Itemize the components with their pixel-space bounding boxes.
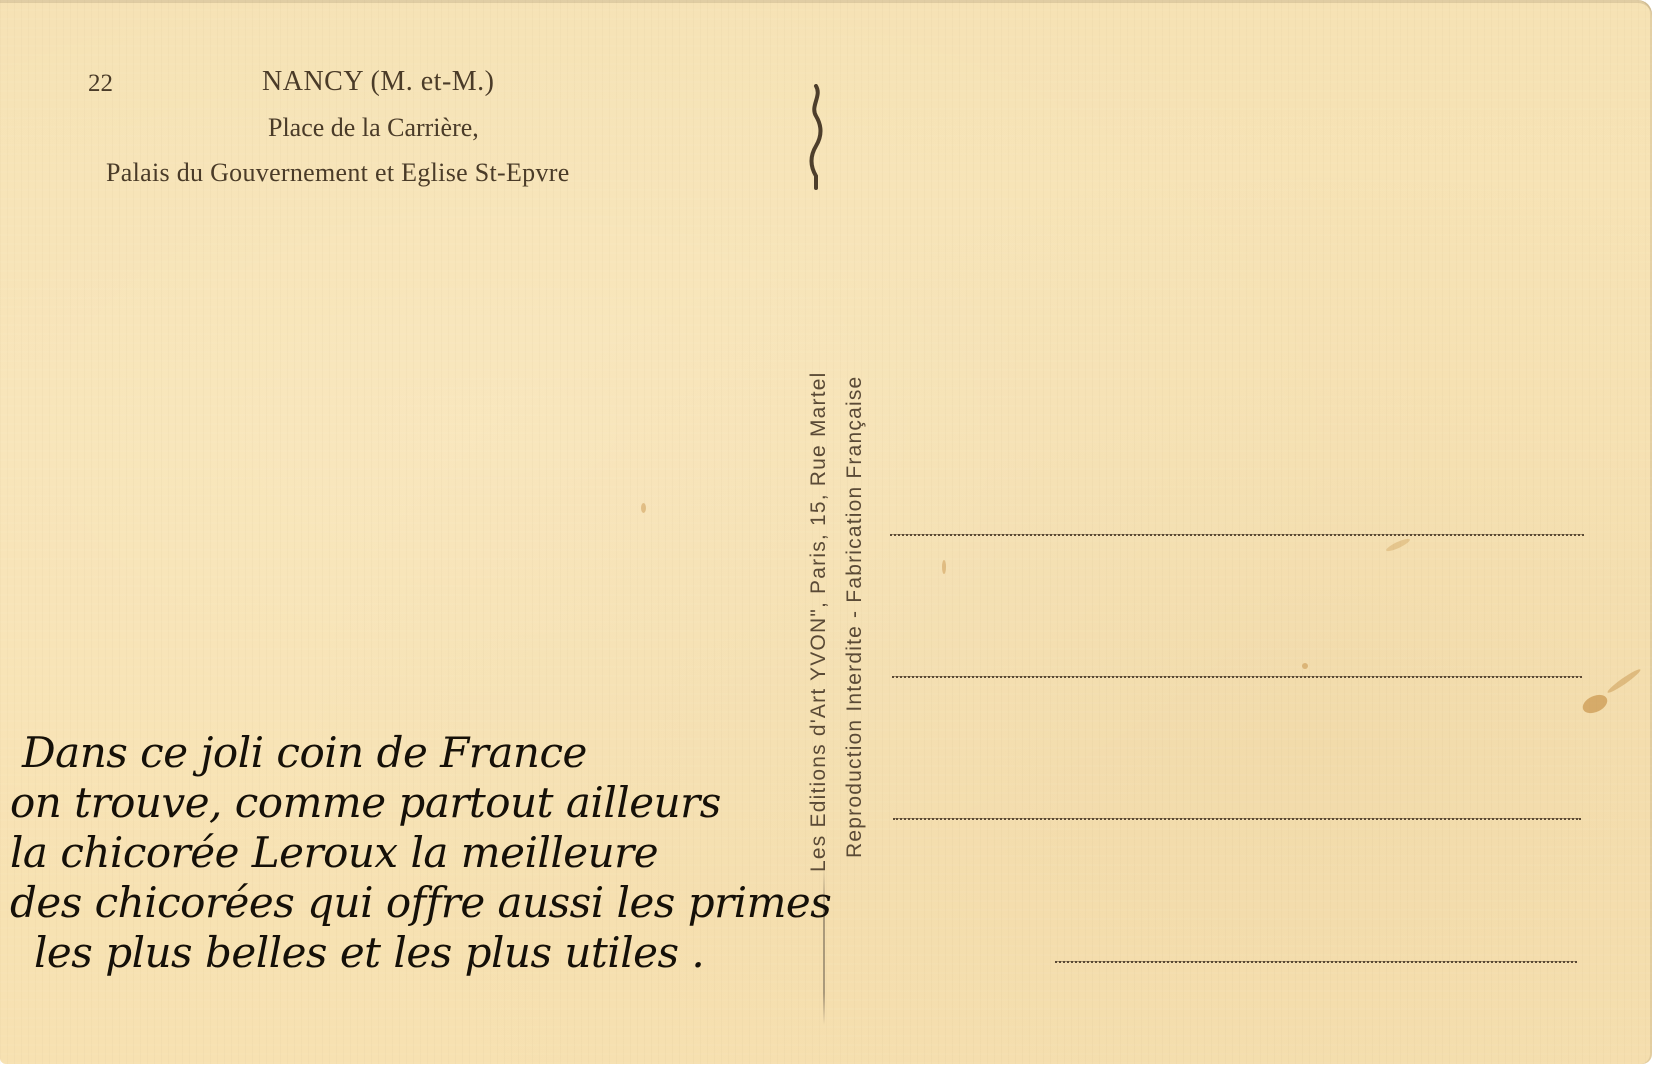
- stain-mark: [1580, 691, 1610, 716]
- stain-mark: [1385, 537, 1411, 553]
- stain-mark: [942, 560, 946, 574]
- stain-mark: [641, 503, 646, 513]
- message-line: la chicorée Leroux la meilleure: [10, 828, 831, 878]
- address-line-3: [893, 818, 1581, 820]
- subject-caption: Palais du Gouvernement et Eglise St-Epvr…: [106, 158, 570, 188]
- message-line: les plus belles et les plus utiles .: [10, 928, 831, 978]
- place-caption: Place de la Carrière,: [268, 113, 479, 143]
- postcard-back: 22 NANCY (M. et-M.) Place de la Carrière…: [0, 0, 1652, 1064]
- stain-mark: [1606, 667, 1642, 695]
- stain-mark: [1302, 663, 1308, 669]
- handwritten-message: Dans ce joli coin de France on trouve, c…: [10, 728, 831, 978]
- wavy-divider-ornament: [804, 84, 828, 190]
- message-line: des chicorées qui offre aussi les primes: [10, 878, 831, 928]
- card-number: 22: [88, 70, 113, 98]
- message-line: on trouve, comme partout ailleurs: [10, 778, 831, 828]
- address-line-2: [892, 676, 1582, 678]
- city-title: NANCY (M. et-M.): [262, 66, 495, 98]
- message-line: Dans ce joli coin de France: [10, 728, 831, 778]
- rights-notice: Reproduction Interdite - Fabrication Fra…: [843, 376, 867, 858]
- address-line-1: [890, 534, 1584, 536]
- address-line-4: [1055, 961, 1577, 963]
